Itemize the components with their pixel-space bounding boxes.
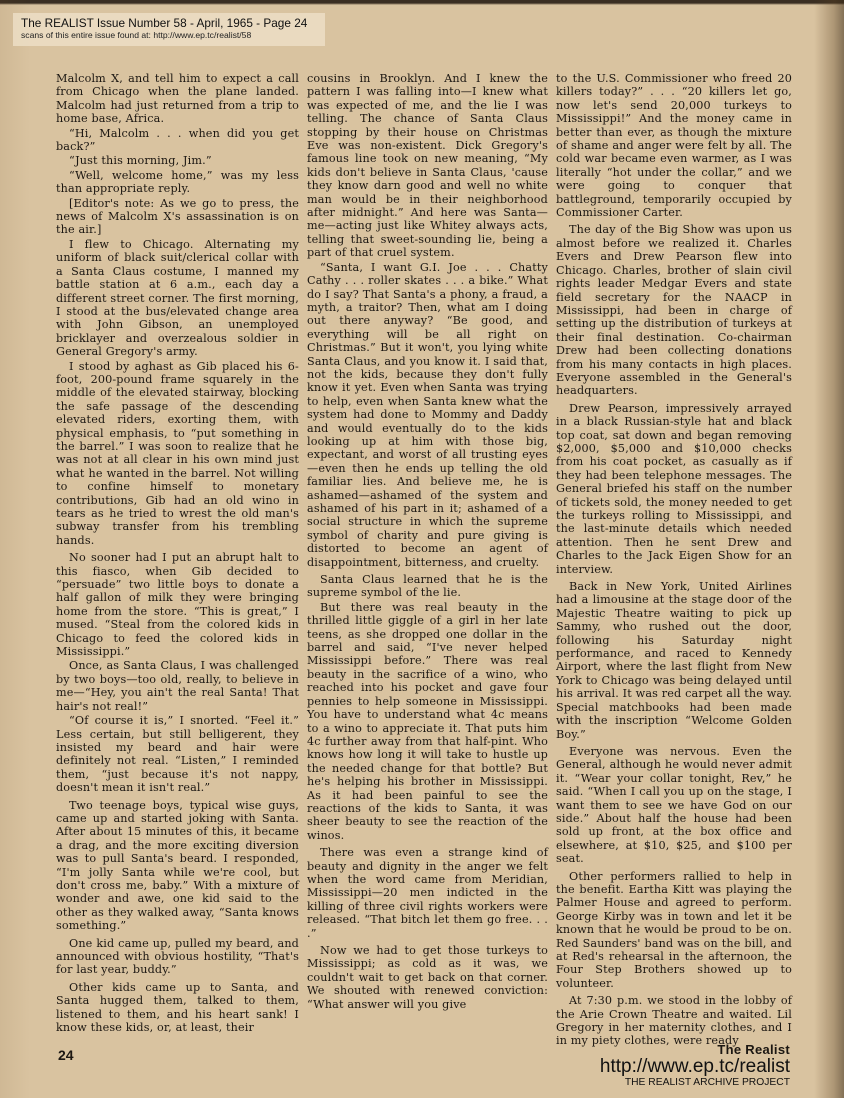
paragraph: At 7:30 p.m. we stood in the lobby of th… <box>556 994 792 1048</box>
paragraph: to the U.S. Commissioner who freed 20 ki… <box>556 72 792 219</box>
paragraph: I flew to Chicago. Alternating my unifor… <box>56 238 299 359</box>
paragraph: Drew Pearson, impressively arrayed in a … <box>556 402 792 576</box>
paragraph: Two teenage boys, typical wise guys, cam… <box>56 799 299 933</box>
paragraph: Other performers rallied to help in the … <box>556 870 792 991</box>
article-column-2: cousins in Brooklyn. And I knew the patt… <box>307 72 548 1011</box>
paragraph: Malcolm X, and tell him to expect a call… <box>56 72 299 126</box>
page-number: 24 <box>58 1047 74 1063</box>
issue-title: The REALIST Issue Number 58 - April, 196… <box>21 16 325 30</box>
paragraph: There was even a strange kind of beauty … <box>307 846 548 940</box>
paragraph: But there was real beauty in the thrille… <box>307 601 548 842</box>
magazine-name: The Realist <box>600 1042 790 1057</box>
paragraph: Santa Claus learned that he is the supre… <box>307 573 548 600</box>
paragraph: “Of course it is,” I snorted. “Feel it.”… <box>56 714 299 794</box>
paragraph: No sooner had I put an abrupt halt to th… <box>56 551 299 658</box>
paragraph: Everyone was nervous. Even the General, … <box>556 745 792 866</box>
archive-link-text: scans of this entire issue found at: htt… <box>21 30 325 41</box>
article-column-1: Malcolm X, and tell him to expect a call… <box>56 72 299 1034</box>
paragraph: The day of the Big Show was upon us almo… <box>556 223 792 397</box>
paragraph: “Well, welcome home,” was my less than a… <box>56 169 299 196</box>
footer: The Realist http://www.ep.tc/realist THE… <box>600 1042 790 1089</box>
paragraph: “Hi, Malcolm . . . when did you get back… <box>56 127 299 154</box>
paragraph: cousins in Brooklyn. And I knew the patt… <box>307 72 548 260</box>
paragraph: Once, as Santa Claus, I was challenged b… <box>56 659 299 713</box>
paragraph: Back in New York, United Airlines had a … <box>556 580 792 741</box>
editors-note: [Editor's note: As we go to press, the n… <box>56 197 299 237</box>
paragraph: Other kids came up to Santa, and Santa h… <box>56 981 299 1035</box>
article-column-3: to the U.S. Commissioner who freed 20 ki… <box>556 72 792 1048</box>
archive-project-label: THE REALIST ARCHIVE PROJECT <box>600 1077 790 1089</box>
paragraph: I stood by aghast as Gib placed his 6-fo… <box>56 360 299 548</box>
archive-url: http://www.ep.tc/realist <box>600 1057 790 1077</box>
paragraph: One kid came up, pulled my beard, and an… <box>56 937 299 977</box>
paragraph: “Just this morning, Jim.” <box>56 154 299 167</box>
paragraph: “Santa, I want G.I. Joe . . . Chatty Cat… <box>307 261 548 569</box>
paragraph: Now we had to get those turkeys to Missi… <box>307 944 548 1011</box>
archive-banner: The REALIST Issue Number 58 - April, 196… <box>13 13 325 46</box>
